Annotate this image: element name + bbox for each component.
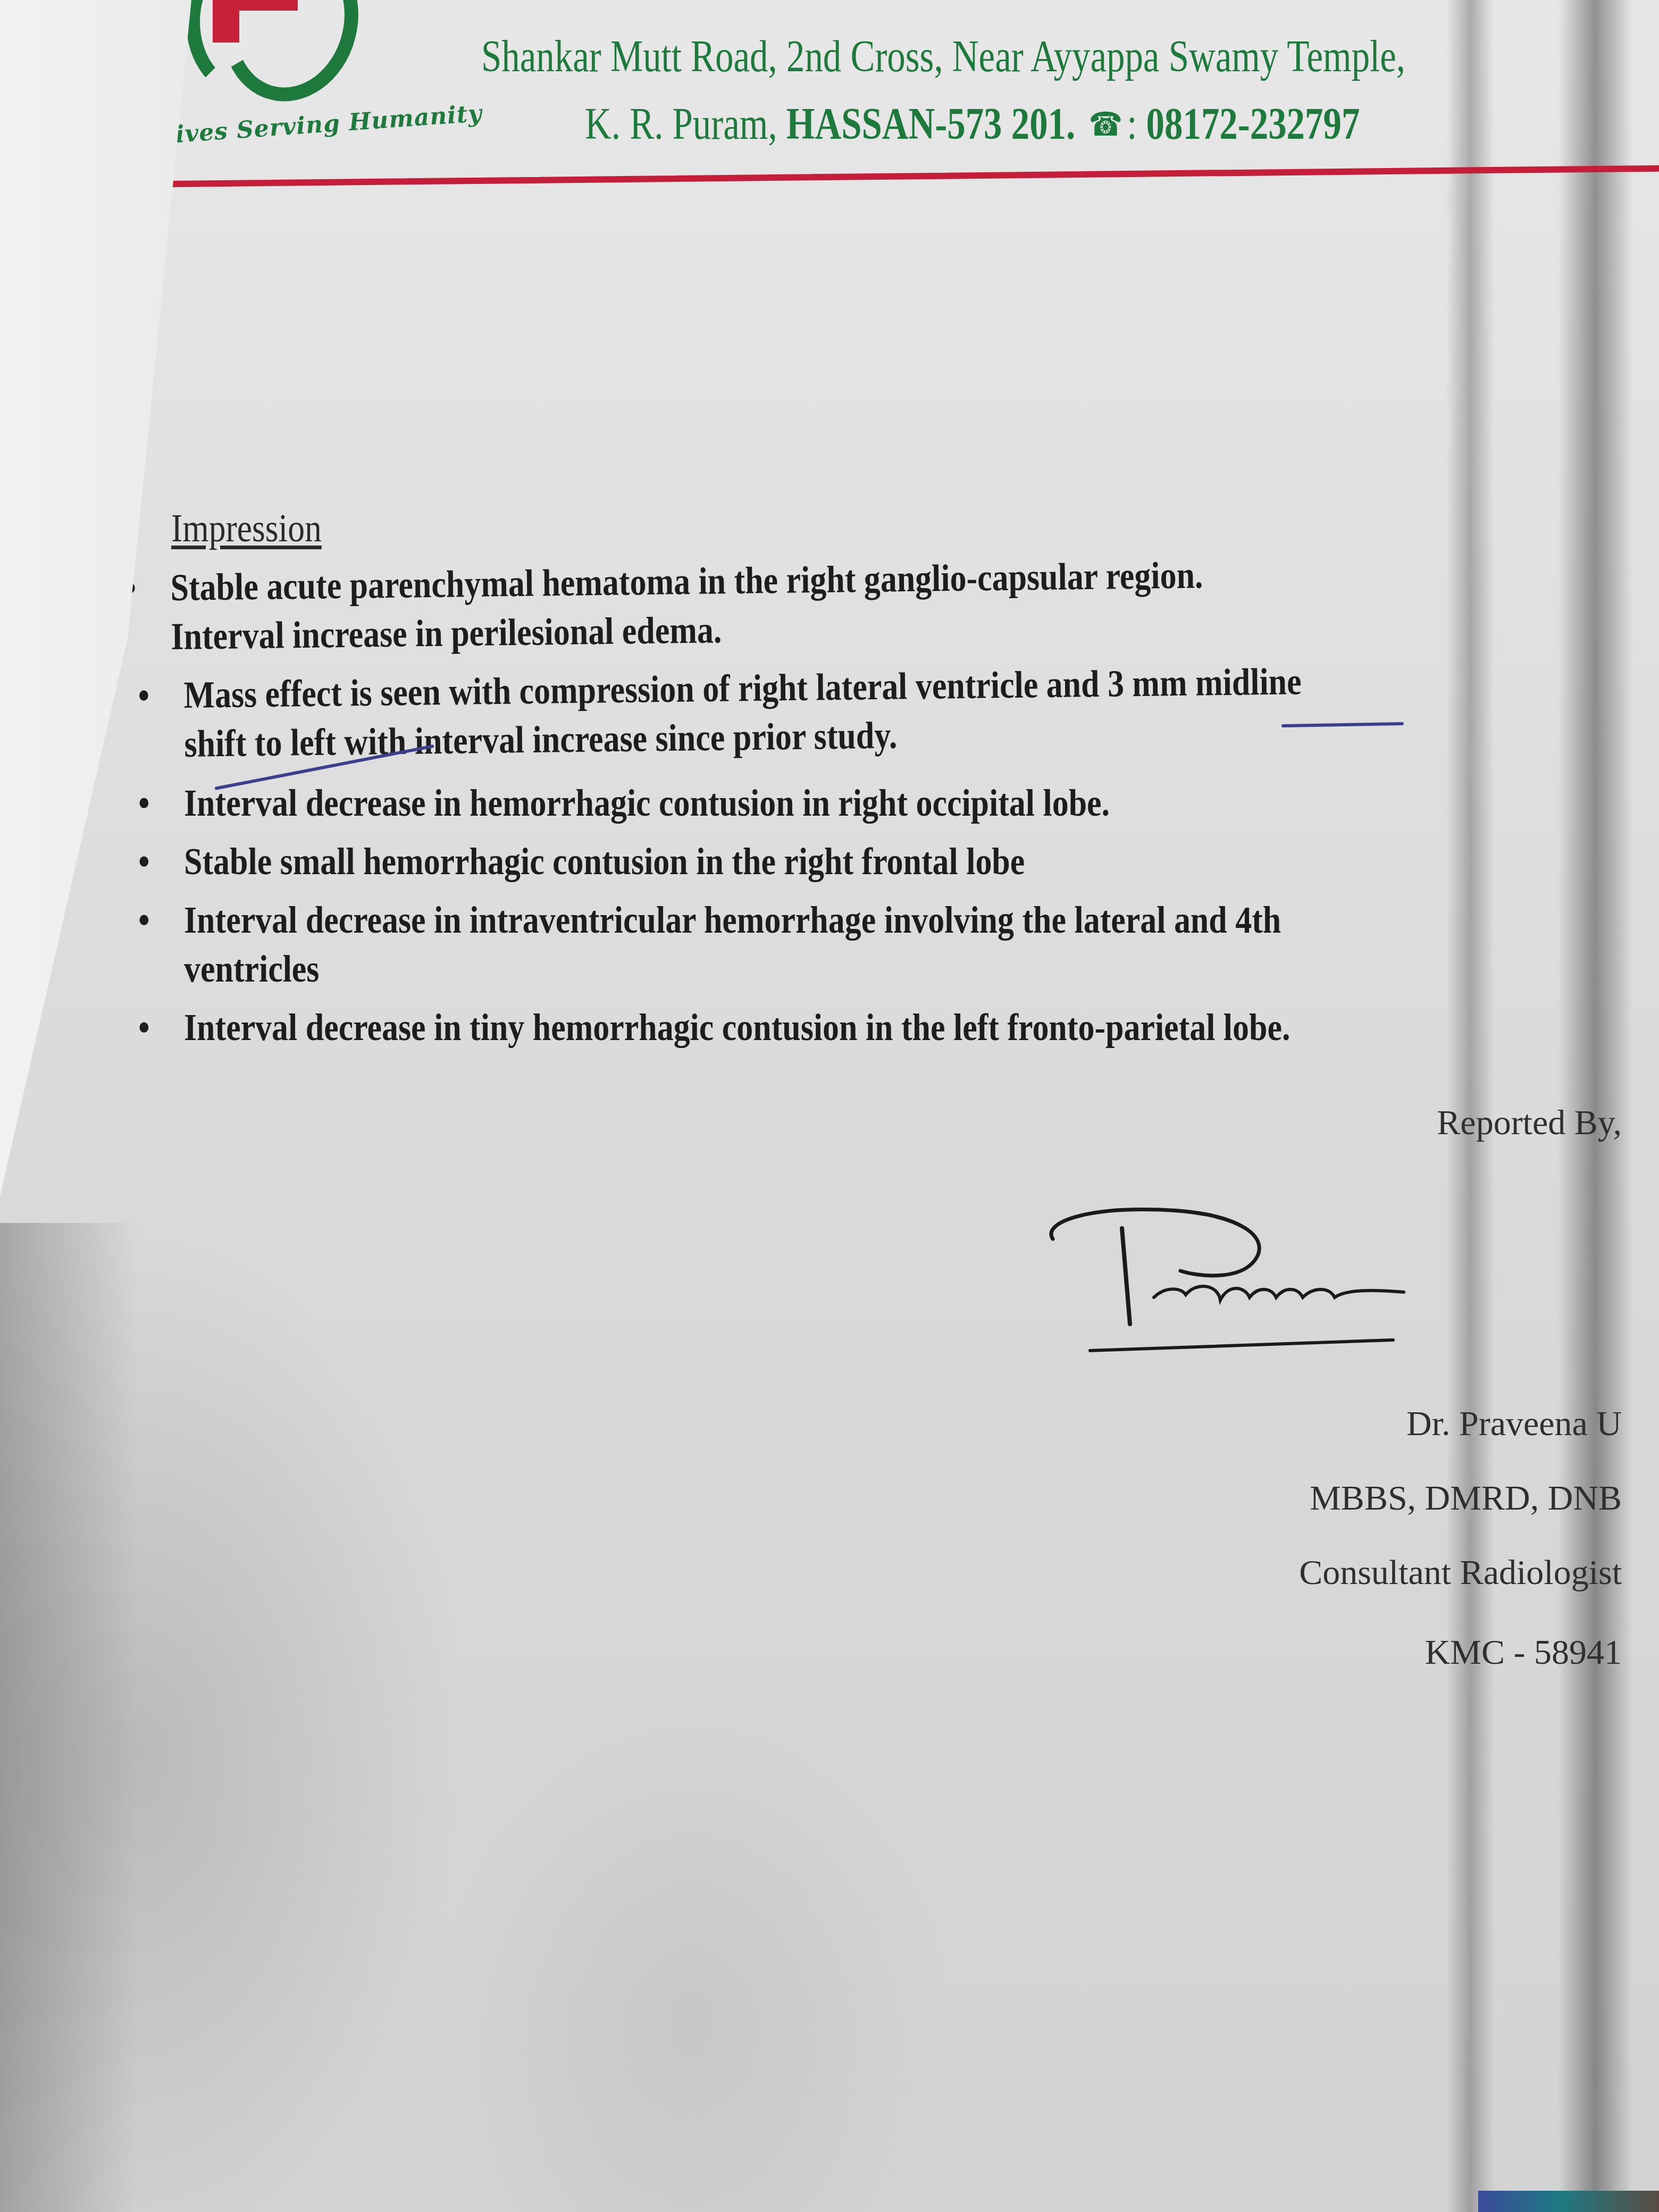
doctor-name: Dr. Praveena U [1406, 1404, 1622, 1444]
doctor-qualifications: MBBS, DMRD, DNB [1310, 1478, 1622, 1519]
finding-item: Stable acute parenchymal hematoma in the… [124, 549, 1314, 661]
finding-item: Interval decrease in intraventricular he… [138, 895, 1327, 993]
report-page: ives Serving Humanity Shankar Mutt Road,… [0, 0, 1659, 2212]
hospital-tagline: ives Serving Humanity [174, 100, 483, 148]
hospital-logo-icon [191, 0, 351, 85]
signature-block: Reported By, Dr. Praveena U MBBS, DMRD, … [1021, 1095, 1659, 1707]
address-line-2: K. R. Puram, HASSAN-573 201. ☎: 08172-23… [585, 98, 1360, 150]
finding-item: Interval decrease in tiny hemorrhagic co… [138, 1003, 1327, 1052]
handwritten-signature [1021, 1191, 1446, 1367]
telephone-icon: ☎ [1089, 105, 1122, 144]
page-shadow [0, 1223, 138, 2212]
background-surface-corner [1478, 2191, 1659, 2212]
reported-by-label: Reported By, [1437, 1103, 1622, 1143]
address-line-1: Shankar Mutt Road, 2nd Cross, Near Ayyap… [481, 31, 1405, 82]
doctor-registration: KMC - 58941 [1425, 1632, 1622, 1673]
phone-separator: : [1127, 99, 1137, 149]
doctor-designation: Consultant Radiologist [1299, 1553, 1622, 1593]
finding-item: Interval decrease in hemorrhagic contusi… [138, 778, 1327, 827]
finding-item: Stable small hemorrhagic contusion in th… [138, 837, 1327, 886]
header-divider [169, 165, 1659, 187]
phone-number: 08172-232797 [1146, 99, 1360, 149]
address-locality: K. R. Puram, [585, 99, 786, 149]
impression-findings-list: Stable acute parenchymal hematoma in the… [125, 564, 1507, 1061]
impression-heading: Impression [171, 506, 322, 551]
finding-item: Mass effect is seen with compression of … [138, 657, 1328, 769]
address-city-pincode: HASSAN-573 201. [786, 99, 1075, 149]
